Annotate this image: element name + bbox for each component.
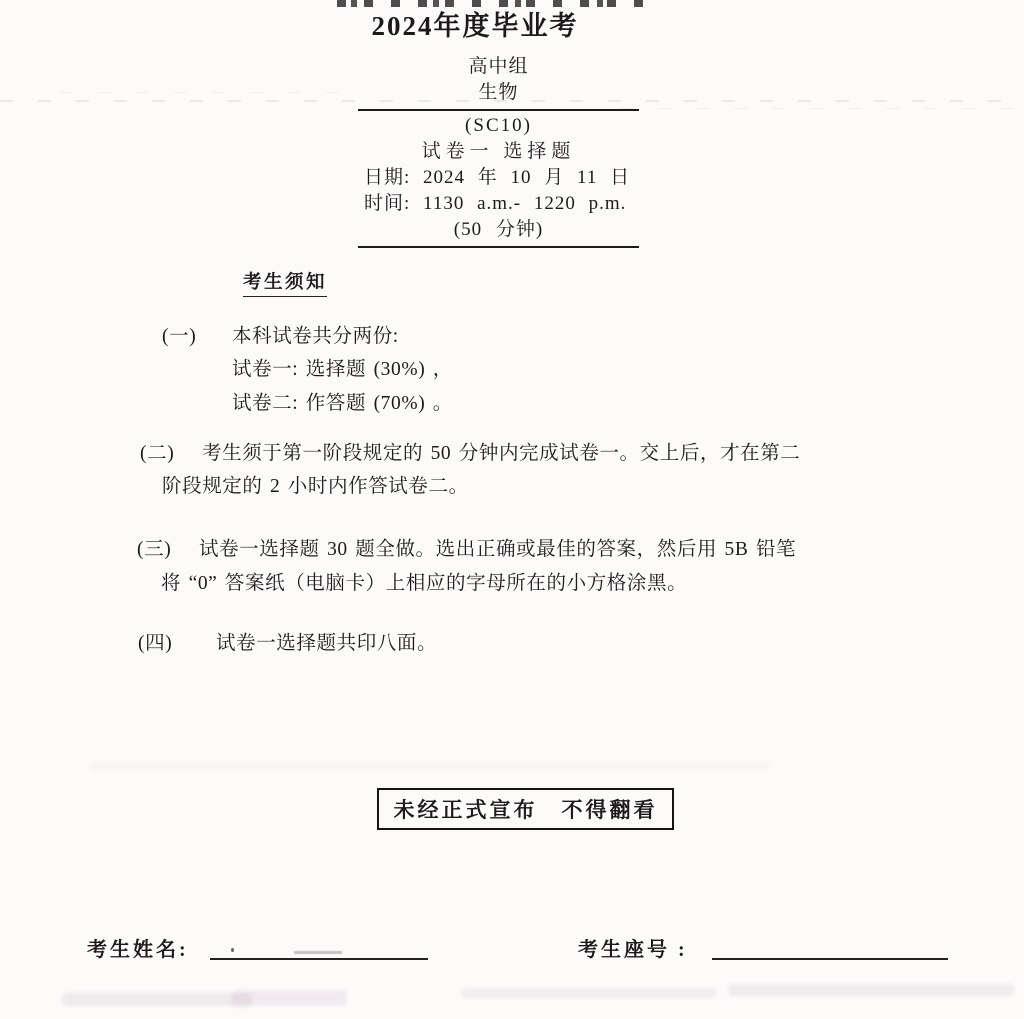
group-label: 高中组 <box>358 54 639 80</box>
instruction-4-number: (四) <box>138 627 172 655</box>
paper-section-title: 试卷一 选择题 <box>358 139 639 165</box>
candidate-name-field-line <box>210 934 428 960</box>
exam-cover-page: 2024年度毕业考 高中组 生物 (SC10) 试卷一 选择题 日期: 2024… <box>0 0 1024 1019</box>
instruction-2-line: 阶段规定的 2 小时内作答试卷二。 <box>162 470 469 498</box>
instruction-3-line: 试卷一选择题 30 题全做。选出正确或最佳的答案，然后用 5B 铅笔 <box>199 533 796 561</box>
instruction-3-line: 将 “0” 答案纸（电脑卡）上相应的字母所在的小方格涂黑。 <box>161 567 687 595</box>
instruction-4-line: 试卷一选择题共印八面。 <box>216 627 437 655</box>
instruction-2-line: 考生须于第一阶段规定的 50 分钟内完成试卷一。交上后，才在第二 <box>202 437 800 465</box>
bleed-through-smudge <box>90 762 770 770</box>
bleed-through-smudge <box>728 984 1014 996</box>
candidate-name-label: 考生姓名: <box>87 933 189 962</box>
instruction-1-line: 本科试卷共分两份: <box>232 320 399 348</box>
erased-pen-smudge <box>294 951 342 954</box>
instruction-1-line: 试卷一: 选择题 (30%) ， <box>232 353 453 381</box>
exam-year-title: 2024年度毕业考 <box>310 4 640 43</box>
scan-streak <box>60 92 360 93</box>
instruction-1-line: 试卷二: 作答题 (70%) 。 <box>232 387 453 415</box>
header-rule-top <box>358 109 639 111</box>
bleed-through-smudge <box>232 990 347 1006</box>
bleed-through-smudge <box>62 993 252 1006</box>
do-not-open-warning-box: 未经正式宣布 不得翻看 <box>377 788 674 830</box>
instruction-1-number: (一) <box>162 320 196 348</box>
candidate-seat-field-line <box>712 934 948 960</box>
subject-label: 生物 <box>358 80 639 106</box>
erased-pen-mark <box>231 948 234 952</box>
exam-date: 日期: 2024 年 10 月 11 日 <box>358 165 639 191</box>
bleed-through-smudge <box>462 988 717 998</box>
instruction-2-number: (二) <box>140 437 174 465</box>
do-not-open-warning-text: 未经正式宣布 不得翻看 <box>394 794 658 824</box>
header-rule-bottom <box>358 246 639 248</box>
instructions-heading: 考生须知 <box>243 268 327 297</box>
instruction-3-number: (三) <box>137 533 171 561</box>
exam-time: 时间: 1130 a.m.- 1220 p.m. <box>358 191 639 217</box>
paper-code: (SC10) <box>358 113 639 139</box>
scan-streak <box>620 108 1024 109</box>
exam-header-block: 高中组 生物 (SC10) 试卷一 选择题 日期: 2024 年 10 月 11… <box>358 54 639 250</box>
candidate-seat-label: 考生座号 : <box>578 933 688 962</box>
exam-duration: (50 分钟) <box>358 217 639 243</box>
